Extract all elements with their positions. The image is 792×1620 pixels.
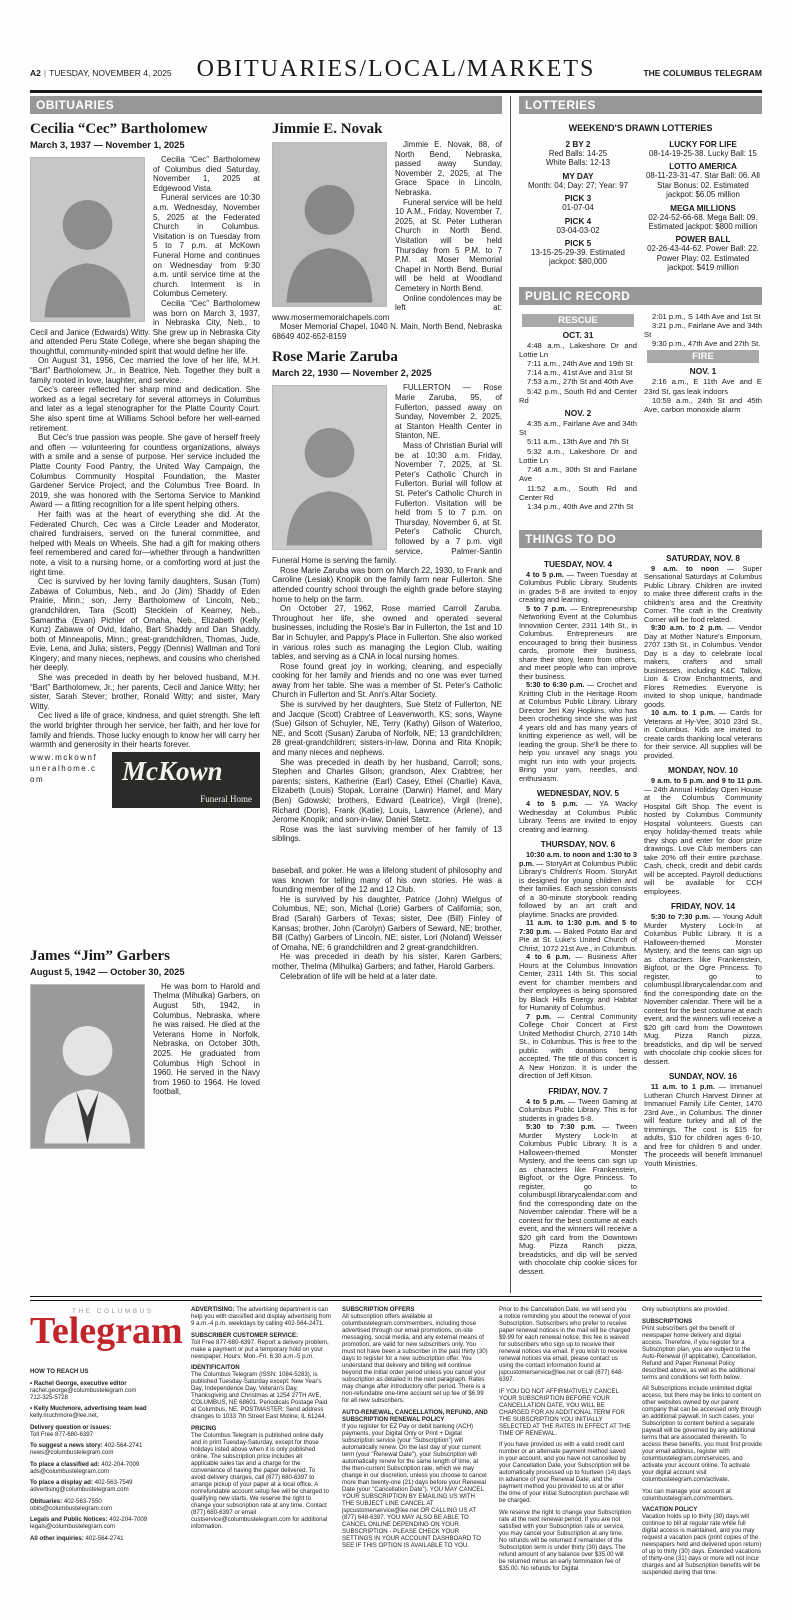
event-list: 11 a.m. to 1 p.m. — Immanuel Lutheran Ch… (644, 1083, 762, 1168)
paragraph: 4 to 5 p.m. — Tween Gaming at Columbus P… (519, 1098, 637, 1124)
paragraph: 11:52 a.m., South Rd and Center Rd (519, 484, 637, 502)
paragraph: 5:42 p.m., South Rd and Center Rd (519, 387, 637, 405)
event-list: 4 to 5 p.m. — Tween Gaming at Columbus P… (519, 1098, 637, 1277)
paragraph: We reserve the right to change your Subs… (499, 1509, 631, 1572)
paragraph: 5:30 to 7:30 p.m. — Young Adult Murder M… (644, 913, 762, 1066)
paragraph: IF YOU DO NOT AFFIRMATIVELY CANCEL YOUR … (499, 1388, 631, 1437)
paragraph: 11 a.m. to 1:30 p.m. and 5 to 7:30 p.m. … (519, 919, 637, 953)
paragraph: 10:59 a.m., 24th St and 45th Ave, carbon… (644, 396, 762, 414)
paragraph: 02-24-52-66-68. Mega Ball: 09. Estimated… (644, 213, 762, 232)
how-to-reach-us: HOW TO REACH US• Rachel George, executiv… (30, 1368, 180, 1542)
lottery-game: LUCKY FOR LIFE08-14-19-25-38. Lucky Ball… (644, 140, 762, 158)
paragraph: 7:11 a.m., 24th Ave and 19th St (519, 359, 637, 368)
portrait-silhouette-icon (31, 1004, 144, 1147)
paragraph: 08-14-19-25-38. Lucky Ball: 15 (644, 149, 762, 158)
lottery-game-name: POWER BALL (644, 235, 762, 244)
lottery-game: PICK 403-04-03-02 (519, 217, 637, 235)
portrait-silhouette-icon (273, 406, 386, 549)
paragraph: Her faith was at the heart of everything… (30, 510, 260, 577)
paragraph: Only subscriptions are provided. (642, 1306, 762, 1313)
fire-entries: 2:16 a.m., E 11th Ave and E 23rd St, gas… (644, 377, 762, 414)
lottery-game: PICK 513-15-25-29-39. Estimated jackpot:… (519, 239, 637, 267)
paragraph: VACATION POLICY Vacation holds up to thi… (642, 1506, 762, 1576)
paragraph: 4 to 6 p.m. — Business After Hours at th… (519, 953, 637, 1013)
paragraph: 10 a.m. to 1 p.m. — Cards for Veterans a… (644, 709, 762, 760)
divider (30, 90, 762, 93)
logo-name: McKown (122, 756, 223, 787)
obituary-garbers-continuation: baseball, and poker. He was a lifelong s… (272, 866, 502, 981)
lotteries-section-header: LOTTERIES (519, 96, 762, 114)
paragraph: To suggest a news story: 402-564-2741 ne… (30, 1442, 180, 1456)
lottery-game-name: PICK 4 (519, 217, 637, 226)
paragraph: 03-04-03-02 (519, 226, 637, 235)
paragraph: 08-11-23-31-47. Star Ball: 06. All Star … (644, 171, 762, 199)
lottery-results: 03-04-03-02 (519, 226, 637, 235)
lotteries-column-left: 2 BY 2Red Balls: 14-25White Balls: 12-13… (519, 136, 637, 273)
paragraph: 2:01 p.m., S 14th Ave and 1st St (644, 312, 762, 321)
paragraph: 10:30 a.m. to noon and 1:30 to 3 p.m. — … (519, 851, 637, 919)
rescue-header: RESCUE (522, 314, 634, 327)
paragraph: 5:30 to 7:30 p.m. — Tween Murder Mystery… (519, 1123, 637, 1276)
event-day-header: FRIDAY, NOV. 7 (519, 1087, 637, 1096)
paragraph: Delivery question or issues: Toll Free 8… (30, 1424, 180, 1438)
paragraph: 4 to 5 p.m. — YA Wacky Wednesday at Colu… (519, 800, 637, 834)
event-list: 5:30 to 7:30 p.m. — Young Adult Murder M… (644, 913, 762, 1066)
paragraph: IDENTIFICAITON The Columbus Telegram (IS… (191, 1364, 331, 1420)
footer: THE COLUMBUS Telegram HOW TO REACH US• R… (30, 1306, 762, 1616)
footer-column-renewal-terms: Prior to the Cancellation Date, we will … (499, 1306, 631, 1616)
paragraph: On October 27, 1962, Rose married Carrol… (272, 604, 502, 662)
paragraph: Legals and Public Notices: 402-204-7009 … (30, 1516, 180, 1530)
paragraph: Moser Memorial Chapel, 1040 N. Main, Nor… (272, 322, 502, 341)
obituary-name: James “Jim” Garbers (30, 948, 260, 965)
obituary-photo (30, 984, 145, 1149)
obituaries-column-1: Cecilia “Cec” Bartholomew March 3, 1937 … (30, 121, 260, 1161)
paragraph: 4 to 5 p.m. — Tween Tuesday at Columbus … (519, 571, 637, 605)
lottery-game: 2 BY 2Red Balls: 14-25White Balls: 12-13 (519, 140, 637, 168)
event-list: 9 a.m. to 5 p.m. and 9 to 11 p.m. — 24th… (644, 777, 762, 896)
paragraph: 7:46 a.m., 30th St and Fairlane Ave (519, 465, 637, 483)
paragraph: 4:35 a.m., Fairlane Ave and 34th St (519, 419, 637, 437)
record-date: OCT. 31 (519, 330, 637, 340)
lottery-results: 08-14-19-25-38. Lucky Ball: 15 (644, 149, 762, 158)
paragraph: Rose found great joy in working, cleanin… (272, 662, 502, 700)
event-list: 4 to 5 p.m. — YA Wacky Wednesday at Colu… (519, 800, 637, 834)
event-list: 4 to 5 p.m. — Tween Tuesday at Columbus … (519, 571, 637, 784)
divider (30, 1296, 762, 1301)
event-day-header: THURSDAY, NOV. 6 (519, 840, 637, 849)
obituary-dates: March 3, 1937 — November 1, 2025 (30, 140, 260, 150)
lottery-game: POWER BALL02-26-43-44-62. Power Ball: 22… (644, 235, 762, 272)
lottery-results: Month: 04; Day: 27; Year: 97 (519, 181, 637, 190)
event-day-header: MONDAY, NOV. 10 (644, 766, 762, 775)
obituary-footer: www.mckownfuneralhome.com McKown Funeral… (30, 752, 260, 808)
paragraph: 02-26-43-44-62. Power Ball: 22. Power Pl… (644, 244, 762, 272)
event-list: 10:30 a.m. to noon and 1:30 to 3 p.m. — … (519, 851, 637, 1081)
telegram-logo: THE COLUMBUS Telegram (30, 1306, 180, 1358)
lottery-game-name: LOTTO AMERICA (644, 162, 762, 171)
obituary-zaruba: Rose Marie Zaruba March 22, 1930 — Novem… (272, 349, 502, 844)
lotteries-columns: 2 BY 2Red Balls: 14-25White Balls: 12-13… (519, 136, 762, 273)
things-to-do-content: TUESDAY, NOV. 4 4 to 5 p.m. — Tween Tues… (519, 554, 762, 1293)
obituaries-section: OBITUARIES Cecilia “Cec” Bartholomew Mar… (30, 96, 502, 1293)
paragraph: 1:34 p.m., 40th Ave and 27th St (519, 502, 637, 511)
paragraph: Rose Marie Zaruba was born on March 22, … (272, 566, 502, 604)
paragraph: Cec is survived by her loving family dau… (30, 577, 260, 673)
lottery-results: Red Balls: 14-25White Balls: 12-13 (519, 149, 637, 168)
paragraph: To place a display ad: 402-563-7549 adve… (30, 1479, 180, 1493)
public-record-section-header: PUBLIC RECORD (519, 287, 762, 305)
paragraph: All Subscriptions include unlimited digi… (642, 1385, 762, 1483)
event-day-header: SUNDAY, NOV. 16 (644, 1072, 762, 1081)
paragraph: 01-07-04 (519, 203, 637, 212)
lottery-results: 08-11-23-31-47. Star Ball: 06. All Star … (644, 171, 762, 199)
obituary-dates: March 22, 1930 — November 2, 2025 (272, 368, 502, 378)
paragraph: To place a classified ad: 402-204-7009 a… (30, 1461, 180, 1475)
lotteries-column-right: LUCKY FOR LIFE08-14-19-25-38. Lucky Ball… (644, 136, 762, 273)
paragraph: 5:32 a.m., Lakeshore Dr and Lottie Ln (519, 447, 637, 465)
paragraph: SUBSCRIPTION OFFERS All subscription off… (342, 1306, 488, 1404)
lottery-results: 13-15-25-29-39. Estimated jackpot: $80,0… (519, 248, 637, 267)
lottery-game: PICK 301-07-04 (519, 194, 637, 212)
paragraph: 2:16 a.m., E 11th Ave and E 23rd St, gas… (644, 377, 762, 395)
obituary-name: Rose Marie Zaruba (272, 349, 502, 366)
footer-column-subscription-offers: SUBSCRIPTION OFFERS All subscription off… (342, 1306, 488, 1616)
event-list: 9 a.m. to noon — Super Sensational Satur… (644, 565, 762, 761)
lottery-game-name: PICK 3 (519, 194, 637, 203)
paragraph: If you have provided us with a valid cre… (499, 1441, 631, 1504)
fire-header: FIRE (647, 350, 759, 363)
lottery-results: 01-07-04 (519, 203, 637, 212)
event-day-header: FRIDAY, NOV. 14 (644, 902, 762, 911)
paragraph: Cec lived a life of grace, kindness, and… (30, 711, 260, 749)
paragraph: All other inquiries: 402-564-2741 (30, 1535, 180, 1542)
paragraph: She was preceded in death by her husband… (272, 758, 502, 825)
record-date: NOV. 1 (644, 366, 762, 376)
logo-subtitle: Funeral Home (200, 794, 252, 804)
lotteries-title: WEEKEND'S DRAWN LOTTERIES (519, 123, 762, 133)
paragraph: baseball, and poker. He was a lifelong s… (272, 866, 502, 895)
public-record-content: RESCUE OCT. 31 4:48 a.m., Lakeshore Dr a… (519, 312, 762, 520)
lottery-results: 02-24-52-66-68. Mega Ball: 09. Estimated… (644, 213, 762, 232)
paragraph: AUTO-RENEWAL, CANCELLATION, REFUND, AND … (342, 1409, 488, 1549)
obituary-garbers: James “Jim” Garbers August 5, 1942 — Oct… (30, 948, 260, 1153)
funeral-home-website: www.mckownfuneralhome.com (30, 752, 102, 785)
publication-name: THE COLUMBUS TELEGRAM (643, 68, 762, 78)
obituary-bartholomew: Cecilia “Cec” Bartholomew March 3, 1937 … (30, 121, 260, 808)
masthead: A2|TUESDAY, NOVEMBER 4, 2025 OBITUARIES/… (30, 56, 762, 88)
paragraph: White Balls: 12-13 (519, 158, 637, 167)
column-divider (510, 96, 511, 1293)
lottery-game-name: LUCKY FOR LIFE (644, 140, 762, 149)
obituary-novak: Jimmie E. Novak Jimmie E. Novak, 88, of … (272, 121, 502, 341)
obituary-photo (272, 385, 387, 550)
things-to-do-section-header: THINGS TO DO (519, 530, 762, 548)
paragraph: But Cec's true passion was people. She g… (30, 433, 260, 510)
obituaries-columns: Cecilia “Cec” Bartholomew March 3, 1937 … (30, 121, 502, 1161)
paragraph: Red Balls: 14-25 (519, 149, 637, 158)
paragraph: 7 p.m. — Central Community College Choir… (519, 1013, 637, 1081)
obituaries-section-header: OBITUARIES (30, 96, 502, 114)
paragraph: He is survived by his daughter, Patrice … (272, 895, 502, 953)
event-day-header: WEDNESDAY, NOV. 5 (519, 789, 637, 798)
paragraph: 4:48 a.m., Lakeshore Dr and Lottie Ln (519, 341, 637, 359)
rescue-entries: 4:48 a.m., Lakeshore Dr and Lottie Ln7:1… (519, 341, 637, 405)
obituary-name: Jimmie E. Novak (272, 121, 502, 138)
paragraph: He was preceded in death by his sister, … (272, 952, 502, 971)
lottery-results: 02-26-43-44-62. Power Ball: 22. Power Pl… (644, 244, 762, 272)
paragraph: Obituaries: 402-563-7550 obits@columbust… (30, 1498, 180, 1512)
paragraph: Cec's career reflected her sharp mind an… (30, 385, 260, 433)
paragraph: 5:11 a.m., 13th Ave and 7th St (519, 437, 637, 446)
event-day-header: SATURDAY, NOV. 8 (644, 554, 762, 563)
logo-wordmark: Telegram (30, 1312, 183, 1350)
paragraph: 3:21 p.m., Fairlane Ave and 34th St (644, 321, 762, 339)
paragraph: 9 a.m. to 5 p.m. and 9 to 11 p.m. — 24th… (644, 777, 762, 896)
event-day-header: TUESDAY, NOV. 4 (519, 560, 637, 569)
lottery-game-name: MY DAY (519, 172, 637, 181)
paragraph: She is survived by her daughters, Sue St… (272, 700, 502, 758)
paragraph: 7:53 a.m., 27th St and 40th Ave (519, 377, 637, 386)
paragraph: 7:14 a.m., 41st Ave and 31st St (519, 368, 637, 377)
obituary-photo (30, 157, 145, 322)
paragraph: SUBSCRIPTIONS Print subscribers get the … (642, 1318, 762, 1381)
lottery-game: MY DAYMonth: 04; Day: 27; Year: 97 (519, 172, 637, 190)
paragraph: 5 to 7 p.m. — Entrepreneurship Networkin… (519, 605, 637, 682)
paragraph: 13-15-25-29-39. Estimated jackpot: $80,0… (519, 248, 637, 267)
paragraph: • Rachel George, executive editor rachel… (30, 1380, 180, 1401)
paragraph: Rose was the last surviving member of he… (272, 825, 502, 844)
portrait-silhouette-icon (273, 163, 386, 306)
paragraph: HOW TO REACH US (30, 1368, 180, 1375)
footer-column-contact: THE COLUMBUS Telegram HOW TO REACH US• R… (30, 1306, 180, 1616)
paragraph: 11 a.m. to 1 p.m. — Immanuel Lutheran Ch… (644, 1083, 762, 1168)
obituary-dates: August 5, 1942 — October 30, 2025 (30, 967, 260, 977)
obituary-name: Cecilia “Cec” Bartholomew (30, 121, 260, 138)
record-date: NOV. 2 (519, 408, 637, 418)
obituaries-column-2: Jimmie E. Novak Jimmie E. Novak, 88, of … (272, 121, 502, 1161)
paragraph: On August 31, 1956, Cec married the love… (30, 356, 260, 385)
paragraph: Month: 04; Day: 27; Year: 97 (519, 181, 637, 190)
footer-column-advertising-pricing: ADVERTISING: The advertising department … (191, 1306, 331, 1616)
lottery-game: MEGA MILLIONS02-24-52-66-68. Mega Ball: … (644, 204, 762, 232)
lottery-game-name: MEGA MILLIONS (644, 204, 762, 213)
paragraph: SUBSCRIBER CUSTOMER SERVICE: Toll Free 8… (191, 1332, 331, 1360)
obituary-photo (272, 142, 387, 307)
paragraph: • Kelly Muchmore, advertising team lead … (30, 1405, 180, 1419)
paragraph: 9:30 a.m. to 2 p.m. — Vendor Day at Moth… (644, 624, 762, 709)
paragraph: 5:30 to 6:30 p.m. — Crochet and Knitting… (519, 681, 637, 783)
newspaper-page: A2|TUESDAY, NOVEMBER 4, 2025 OBITUARIES/… (0, 0, 792, 1620)
paragraph: PRICING The Columbus Telegram is publish… (191, 1425, 331, 1530)
lottery-game: LOTTO AMERICA08-11-23-31-47. Star Ball: … (644, 162, 762, 199)
paragraph: ADVERTISING: The advertising department … (191, 1306, 331, 1327)
lottery-game-name: PICK 5 (519, 239, 637, 248)
lottery-game-name: 2 BY 2 (519, 140, 637, 149)
portrait-silhouette-icon (31, 178, 144, 321)
paragraph: She was preceded in death by her beloved… (30, 673, 260, 711)
paragraph: 9:30 p.m., 47th Ave and 27th St. (644, 339, 762, 348)
paragraph: You can manage your account at columbust… (642, 1488, 762, 1502)
paragraph: Prior to the Cancellation Date, we will … (499, 1306, 631, 1383)
paragraph: 9 a.m. to noon — Super Sensational Satur… (644, 565, 762, 625)
paragraph: Celebration of life will be held at a la… (272, 972, 502, 982)
mckown-funeral-home-logo: McKown Funeral Home (112, 752, 260, 808)
footer-column-subscriptions-vacation: Only subscriptions are provided.SUBSCRIP… (642, 1306, 762, 1616)
right-rail: LOTTERIES WEEKEND'S DRAWN LOTTERIES 2 BY… (519, 96, 762, 1293)
